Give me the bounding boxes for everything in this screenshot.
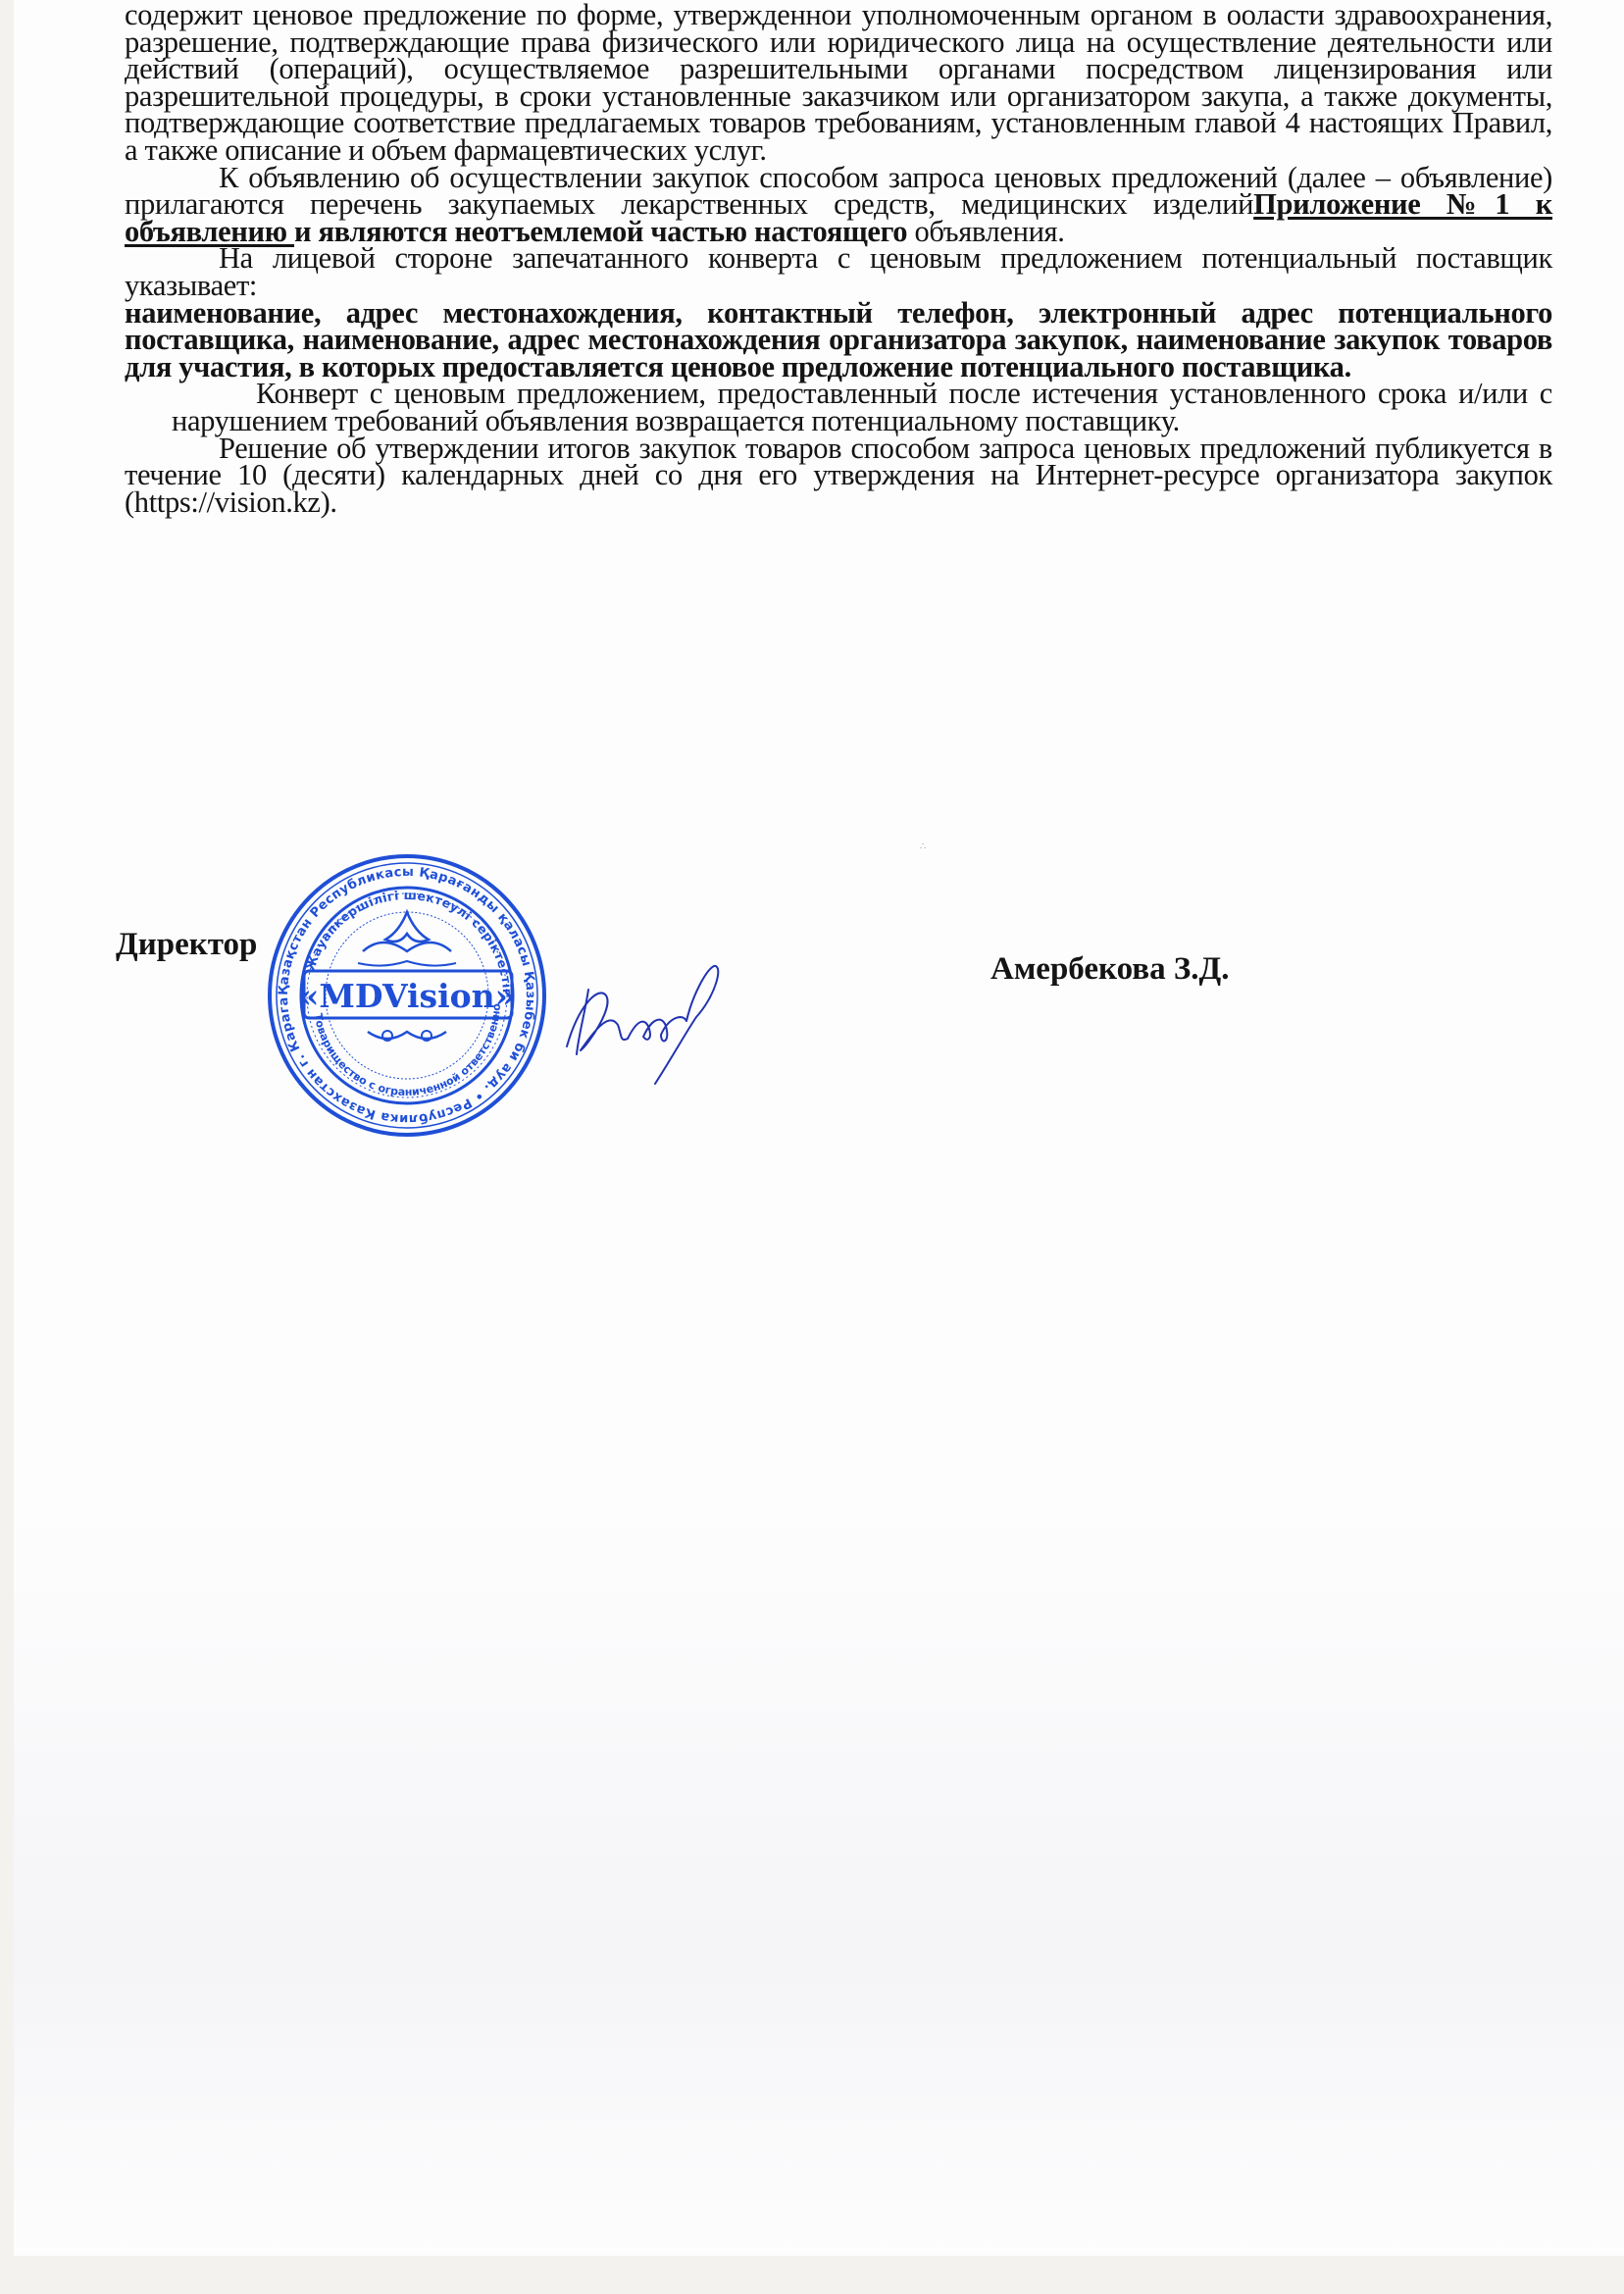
paragraph-text: наименование, адрес местонахождения, кон… [125,296,1552,383]
paragraph-late-envelope: Конверт с ценовым предложением, предоста… [125,381,1552,434]
paragraph-text: Решение об утверждении итогов закупок то… [125,432,1552,519]
paragraph-text: На лицевой стороне запечатанного конверт… [125,241,1552,302]
signatory-name: Амербекова З.Д. [990,951,1229,988]
scan-artifact [14,1510,1624,2256]
paragraph-announcement-annex: К объявлению об осуществлении закупок сп… [125,165,1552,246]
scan-speck: ∴ [920,841,926,852]
paragraph-text: содержит ценовое предложение по форме, у… [125,0,1552,167]
paragraph-text: Конверт с ценовым предложением, предоста… [172,377,1552,437]
document-body: содержит ценовое предложение по форме, у… [125,2,1552,516]
paragraph-offer-contents: содержит ценовое предложение по форме, у… [125,2,1552,165]
paragraph-results-publication: Решение об утверждении итогов закупок то… [125,435,1552,517]
handwritten-signature-icon [559,956,736,1089]
signature-position-label: Директор [116,927,257,963]
paragraph-envelope-front: На лицевой стороне запечатанного конверт… [125,245,1552,299]
paragraph-envelope-requirements: наименование, адрес местонахождения, кон… [125,300,1552,382]
svg-text:«MDVision»: «MDVision» [299,977,516,1015]
company-stamp-icon: Қазақстан Республикасы Қарағанды қаласы … [265,853,549,1138]
